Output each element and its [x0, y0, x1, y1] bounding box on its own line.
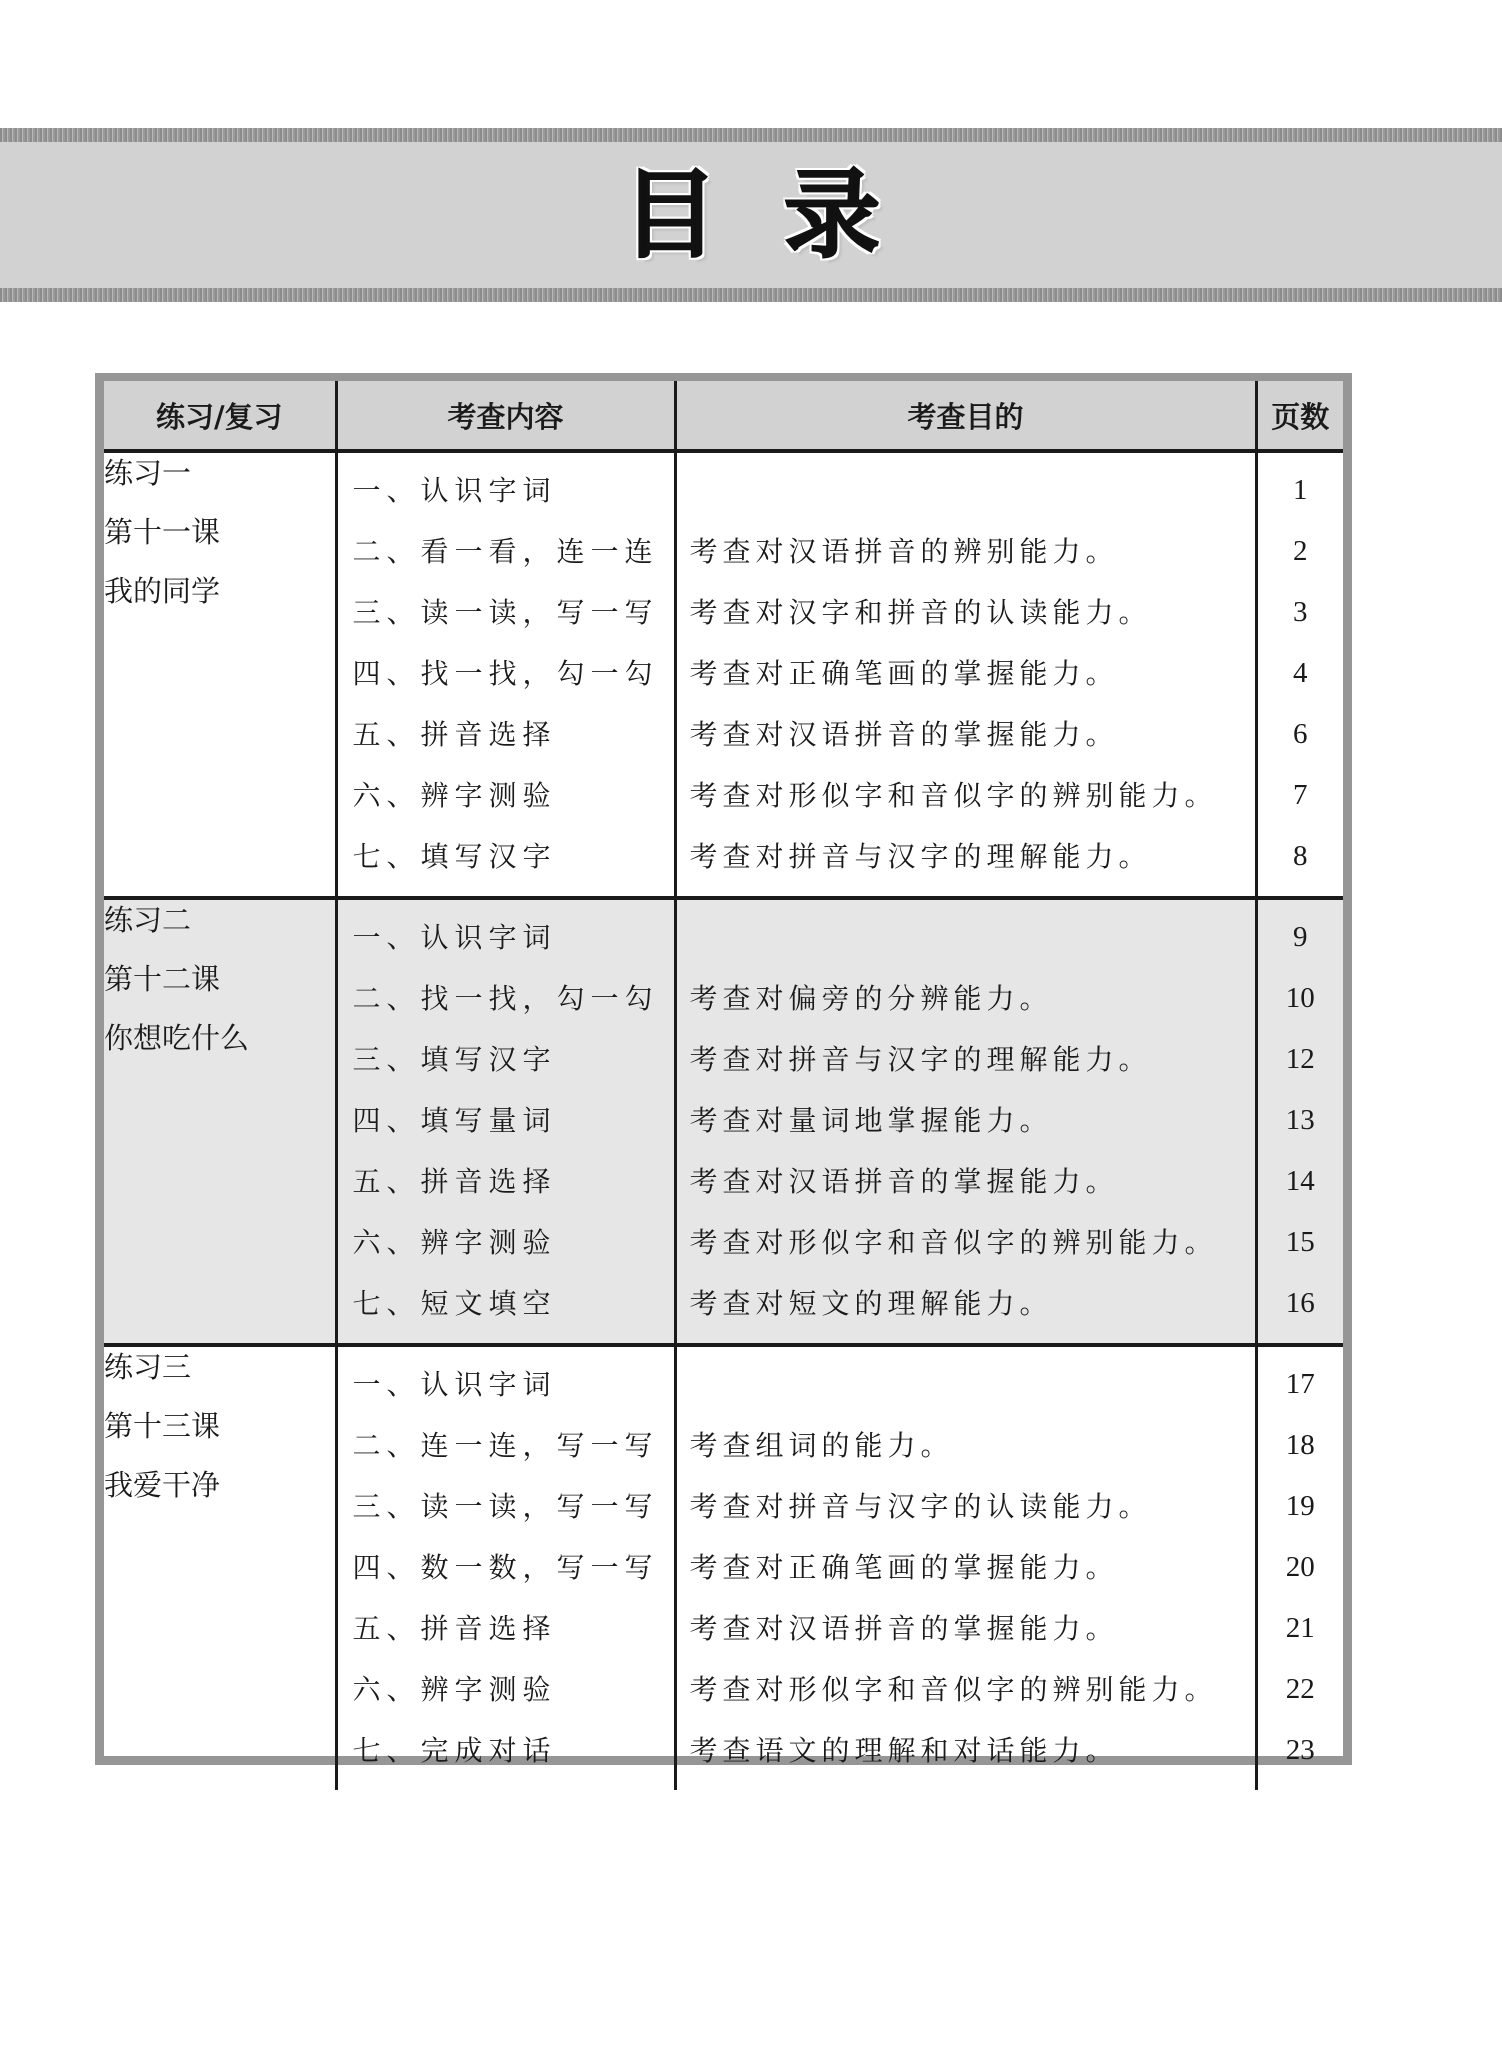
purpose-cell: 考查对偏旁的分辨能力。 考查对拼音与汉字的理解能力。 考查对量词地掌握能力。 考…	[675, 898, 1256, 1345]
toc-item[interactable]: 六、辨字测验	[338, 1212, 674, 1273]
toc-page-number[interactable]: 2	[1258, 521, 1344, 582]
toc-purpose: 考查对形似字和音似字的辨别能力。	[677, 1212, 1255, 1273]
items-cell: 一、认识字词 二、连一连，写一写 三、读一读，写一写 四、数一数，写一写 五、拼…	[336, 1345, 675, 1790]
toc-page-number[interactable]: 16	[1258, 1273, 1344, 1334]
toc-item[interactable]: 四、数一数，写一写	[338, 1537, 674, 1598]
toc-group-3: 练习三 第十三课 我爱干净 一、认识字词 二、连一连，写一写 三、读一读，写一写…	[104, 1345, 1343, 1790]
toc-purpose: 考查对汉字和拼音的认读能力。	[677, 582, 1255, 643]
toc-page-number[interactable]: 3	[1258, 582, 1344, 643]
toc-item[interactable]: 七、短文填空	[338, 1273, 674, 1334]
toc-page-number[interactable]: 10	[1258, 968, 1344, 1029]
toc-page-number[interactable]: 8	[1258, 826, 1344, 887]
toc-page-number[interactable]: 12	[1258, 1029, 1344, 1090]
toc-item[interactable]: 五、拼音选择	[338, 1151, 674, 1212]
lesson-cell: 练习二 第十二课 你想吃什么	[104, 898, 336, 1345]
toc-item[interactable]: 三、填写汉字	[338, 1029, 674, 1090]
toc-group-1: 练习一 第十一课 我的同学 一、认识字词 二、看一看，连一连 三、读一读，写一写…	[104, 451, 1343, 898]
toc-item[interactable]: 一、认识字词	[338, 460, 674, 521]
toc-purpose: 考查对量词地掌握能力。	[677, 1090, 1255, 1151]
toc-page-number[interactable]: 1	[1258, 460, 1344, 521]
toc-page-number[interactable]: 13	[1258, 1090, 1344, 1151]
page-title-char-1: 目	[622, 167, 718, 263]
toc-item[interactable]: 六、辨字测验	[338, 1659, 674, 1720]
toc-item[interactable]: 一、认识字词	[338, 1354, 674, 1415]
lesson-title: 我的同学	[104, 571, 335, 630]
toc-item[interactable]: 二、找一找，勾一勾	[338, 968, 674, 1029]
toc-purpose: 考查对拼音与汉字的理解能力。	[677, 1029, 1255, 1090]
toc-purpose	[677, 460, 1255, 521]
toc-item[interactable]: 四、找一找，勾一勾	[338, 643, 674, 704]
toc-item[interactable]: 三、读一读，写一写	[338, 1476, 674, 1537]
header-lesson: 练习/复习	[104, 381, 336, 451]
toc-item[interactable]: 二、连一连，写一写	[338, 1415, 674, 1476]
toc-purpose: 考查对正确笔画的掌握能力。	[677, 1537, 1255, 1598]
exercise-label: 练习一	[104, 453, 335, 512]
banner-stripe-top	[0, 128, 1502, 142]
header-purpose: 考查目的	[675, 381, 1256, 451]
toc-purpose: 考查对汉语拼音的掌握能力。	[677, 704, 1255, 765]
toc-purpose: 考查对汉语拼音的掌握能力。	[677, 1151, 1255, 1212]
lesson-cell: 练习一 第十一课 我的同学	[104, 451, 336, 898]
toc-purpose: 考查对拼音与汉字的认读能力。	[677, 1476, 1255, 1537]
toc-item[interactable]: 四、填写量词	[338, 1090, 674, 1151]
lesson-title: 我爱干净	[104, 1465, 335, 1524]
toc-group-2: 练习二 第十二课 你想吃什么 一、认识字词 二、找一找，勾一勾 三、填写汉字 四…	[104, 898, 1343, 1345]
toc-purpose: 考查组词的能力。	[677, 1415, 1255, 1476]
toc-page-number[interactable]: 19	[1258, 1476, 1344, 1537]
lesson-number: 第十二课	[104, 959, 335, 1018]
toc-item[interactable]: 五、拼音选择	[338, 704, 674, 765]
toc-purpose: 考查对形似字和音似字的辨别能力。	[677, 1659, 1255, 1720]
exercise-label: 练习二	[104, 900, 335, 959]
toc-page-number[interactable]: 23	[1258, 1720, 1344, 1781]
toc-item[interactable]: 六、辨字测验	[338, 765, 674, 826]
toc-page-number[interactable]: 18	[1258, 1415, 1344, 1476]
items-cell: 一、认识字词 二、找一找，勾一勾 三、填写汉字 四、填写量词 五、拼音选择 六、…	[336, 898, 675, 1345]
page-cell: 1 2 3 4 6 7 8	[1256, 451, 1343, 898]
toc-purpose: 考查对偏旁的分辨能力。	[677, 968, 1255, 1029]
toc-page-number[interactable]: 17	[1258, 1354, 1344, 1415]
toc-page-number[interactable]: 22	[1258, 1659, 1344, 1720]
toc-item[interactable]: 一、认识字词	[338, 907, 674, 968]
items-cell: 一、认识字词 二、看一看，连一连 三、读一读，写一写 四、找一找，勾一勾 五、拼…	[336, 451, 675, 898]
toc-purpose: 考查语文的理解和对话能力。	[677, 1720, 1255, 1781]
toc-table: 练习/复习 考查内容 考查目的 页数 练习一 第十一课 我的同学 一、认识字词 …	[104, 381, 1343, 1790]
header-items: 考查内容	[336, 381, 675, 451]
toc-item[interactable]: 三、读一读，写一写	[338, 582, 674, 643]
toc-purpose	[677, 907, 1255, 968]
page-title: 目 录	[0, 142, 1502, 288]
lesson-title: 你想吃什么	[104, 1018, 335, 1077]
table-of-contents: 练习/复习 考查内容 考查目的 页数 练习一 第十一课 我的同学 一、认识字词 …	[95, 373, 1352, 1765]
exercise-label: 练习三	[104, 1347, 335, 1406]
toc-page-number[interactable]: 7	[1258, 765, 1344, 826]
toc-item[interactable]: 七、填写汉字	[338, 826, 674, 887]
toc-page-number[interactable]: 4	[1258, 643, 1344, 704]
toc-page-number[interactable]: 20	[1258, 1537, 1344, 1598]
toc-header-row: 练习/复习 考查内容 考查目的 页数	[104, 381, 1343, 451]
toc-purpose: 考查对汉语拼音的掌握能力。	[677, 1598, 1255, 1659]
header-page: 页数	[1256, 381, 1343, 451]
lesson-number: 第十一课	[104, 512, 335, 571]
purpose-cell: 考查对汉语拼音的辨别能力。 考查对汉字和拼音的认读能力。 考查对正确笔画的掌握能…	[675, 451, 1256, 898]
toc-purpose: 考查对拼音与汉字的理解能力。	[677, 826, 1255, 887]
lesson-number: 第十三课	[104, 1406, 335, 1465]
toc-item[interactable]: 二、看一看，连一连	[338, 521, 674, 582]
page-cell: 17 18 19 20 21 22 23	[1256, 1345, 1343, 1790]
toc-purpose: 考查对正确笔画的掌握能力。	[677, 643, 1255, 704]
toc-page-number[interactable]: 21	[1258, 1598, 1344, 1659]
toc-item[interactable]: 五、拼音选择	[338, 1598, 674, 1659]
lesson-cell: 练习三 第十三课 我爱干净	[104, 1345, 336, 1790]
title-banner: 目 录	[0, 128, 1502, 302]
toc-purpose: 考查对形似字和音似字的辨别能力。	[677, 765, 1255, 826]
toc-page-number[interactable]: 15	[1258, 1212, 1344, 1273]
banner-stripe-bottom	[0, 288, 1502, 302]
toc-page-number[interactable]: 9	[1258, 907, 1344, 968]
toc-purpose: 考查对短文的理解能力。	[677, 1273, 1255, 1334]
toc-page-number[interactable]: 14	[1258, 1151, 1344, 1212]
toc-item[interactable]: 七、完成对话	[338, 1720, 674, 1781]
purpose-cell: 考查组词的能力。 考查对拼音与汉字的认读能力。 考查对正确笔画的掌握能力。 考查…	[675, 1345, 1256, 1790]
page-cell: 9 10 12 13 14 15 16	[1256, 898, 1343, 1345]
toc-purpose: 考查对汉语拼音的辨别能力。	[677, 521, 1255, 582]
toc-page-number[interactable]: 6	[1258, 704, 1344, 765]
toc-purpose	[677, 1354, 1255, 1415]
page-title-char-2: 录	[784, 167, 880, 263]
